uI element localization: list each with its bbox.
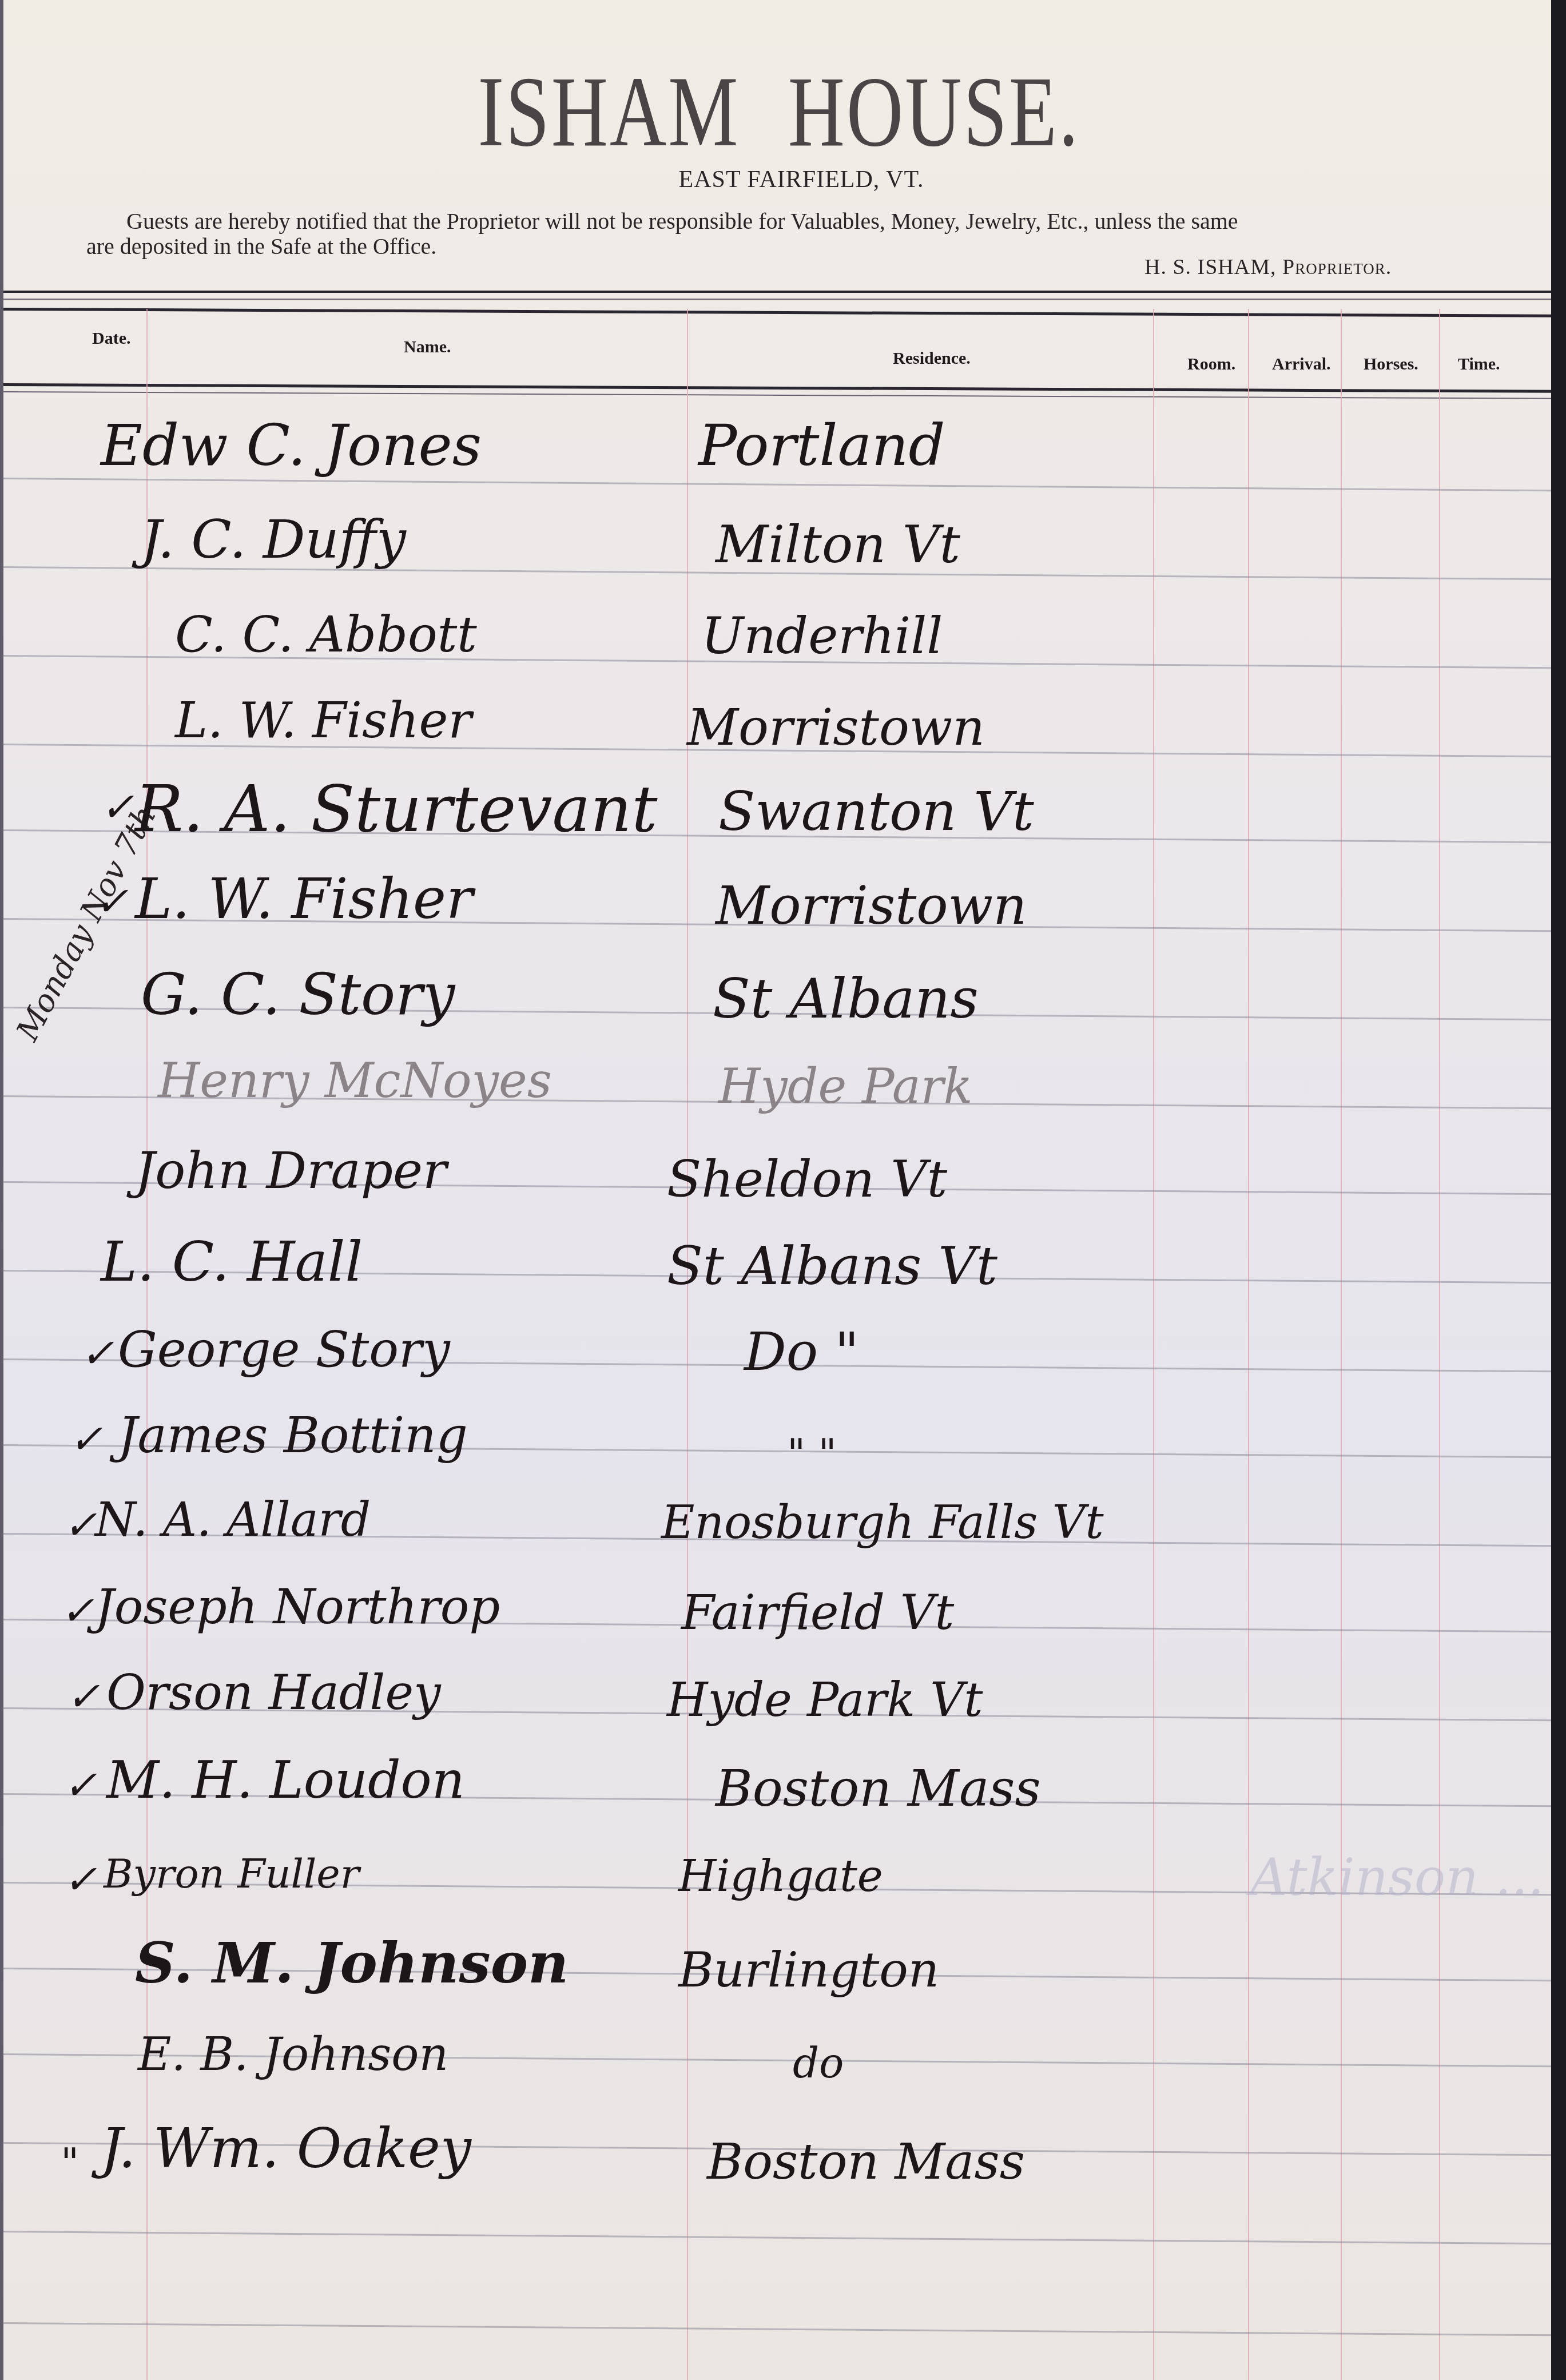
guest-name: L. W. Fisher: [135, 867, 473, 932]
register-page: ISHAM HOUSE. EAST FAIRFIELD, VT. Guests …: [0, 0, 1551, 2380]
check-mark: ✓: [63, 1762, 97, 1809]
guest-residence: St Albans Vt: [667, 1235, 997, 1297]
guest-residence: Morristown: [716, 875, 1027, 936]
guest-name: L. W. Fisher: [175, 692, 472, 749]
guest-residence: Hyde Park Vt: [667, 1673, 983, 1727]
guest-residence: Sheldon Vt: [667, 1150, 947, 1209]
hotel-location: EAST FAIRFIELD, VT.: [3, 166, 1566, 193]
column-divider: [1153, 309, 1154, 2380]
check-mark: ✓: [61, 1587, 94, 1634]
proprietor-title: Proprietor.: [1282, 255, 1392, 279]
guest-residence: Portland: [698, 412, 945, 479]
ruled-line: [3, 2231, 1555, 2244]
guest-name: Edw C. Jones: [101, 412, 482, 479]
guest-residence: Hyde Park: [718, 1058, 973, 1114]
check-mark: ✓: [63, 1501, 97, 1548]
column-divider: [1439, 309, 1440, 2380]
guest-name: M. H. Loudon: [106, 1750, 465, 1810]
guest-residence: Enosburgh Falls Vt: [661, 1496, 1104, 1549]
column-header-name: Name.: [404, 337, 451, 357]
guest-residence: Highgate: [678, 1850, 883, 1901]
check-mark: ✓: [95, 878, 129, 925]
guest-residence: St Albans: [713, 967, 979, 1031]
column-header-room: Room.: [1187, 355, 1235, 374]
guest-residence: " ": [787, 1430, 837, 1477]
guest-name: G. C. Story: [141, 961, 455, 1028]
column-divider: [1341, 309, 1342, 2380]
check-mark: ✓: [81, 1330, 114, 1377]
check-mark: ✓: [69, 1416, 103, 1463]
guest-name: Byron Fuller: [104, 1850, 359, 1897]
guest-residence: Milton Vt: [716, 515, 960, 575]
guest-name: George Story: [118, 1321, 450, 1378]
guest-name: Joseph Northrop: [95, 1579, 500, 1635]
guest-residence: Do ": [744, 1321, 859, 1382]
proprietor-signature: H. S. ISHAM, Proprietor.: [1144, 255, 1392, 280]
column-header-rule: [3, 383, 1555, 393]
guest-residence: Boston Mass: [707, 2133, 1025, 2191]
ruled-line: [3, 2322, 1555, 2336]
proprietor-name: H. S. ISHAM,: [1144, 255, 1282, 279]
guest-name: J. C. Duffy: [141, 509, 406, 570]
header-rule: [3, 308, 1555, 317]
guest-name: L. C. Hall: [101, 1230, 363, 1294]
guest-residence: Morristown: [687, 698, 985, 757]
ditto-mark: ": [61, 2139, 79, 2186]
guest-residence: Fairfield Vt: [681, 1584, 954, 1640]
check-mark: ✓: [63, 1856, 97, 1903]
guest-name: John Draper: [135, 1141, 447, 1200]
guest-residence: Swanton Vt: [718, 781, 1034, 843]
page-title: ISHAM HOUSE.: [174, 54, 1384, 170]
header-rule: [3, 299, 1555, 300]
guest-residence: Underhill: [701, 606, 943, 665]
header-rule: [3, 291, 1555, 293]
guest-name: James Botting: [118, 1407, 468, 1464]
guest-name: Orson Hadley: [106, 1664, 441, 1721]
guest-residence: Burlington: [678, 1942, 939, 1998]
guest-name: R. A. Sturtevant: [135, 772, 658, 847]
guest-notice: Guests are hereby notified that the Prop…: [126, 209, 1556, 259]
notice-line-1: Guests are hereby notified that the Prop…: [126, 208, 1238, 234]
guest-name: J. Wm. Oakey: [101, 2116, 471, 2180]
column-divider: [687, 309, 688, 2380]
column-header-arrival: Arrival.: [1272, 355, 1330, 374]
column-header-rule: [3, 391, 1555, 399]
guest-residence: do: [793, 2039, 844, 2087]
column-header-date: Date.: [92, 329, 130, 348]
guest-name: E. B. Johnson: [138, 2028, 448, 2081]
guest-residence: Boston Mass: [716, 1759, 1041, 1818]
bleed-through-text: Atkinson ...: [1250, 1847, 1544, 1908]
guest-name: S. M. Johnson: [135, 1930, 569, 1996]
book-edge: [1551, 0, 1566, 2380]
column-header-time: Time.: [1458, 355, 1500, 374]
ruled-line: [3, 478, 1555, 491]
check-mark: ✓: [101, 784, 134, 831]
check-mark: ✓: [66, 1673, 100, 1720]
column-divider: [1248, 309, 1249, 2380]
guest-name: Henry McNoyes: [158, 1052, 552, 1108]
guest-name: N. A. Allard: [95, 1493, 371, 1547]
column-header-residence: Residence.: [893, 349, 971, 368]
column-header-horses: Horses.: [1364, 355, 1418, 374]
guest-name: C. C. Abbott: [175, 606, 477, 663]
